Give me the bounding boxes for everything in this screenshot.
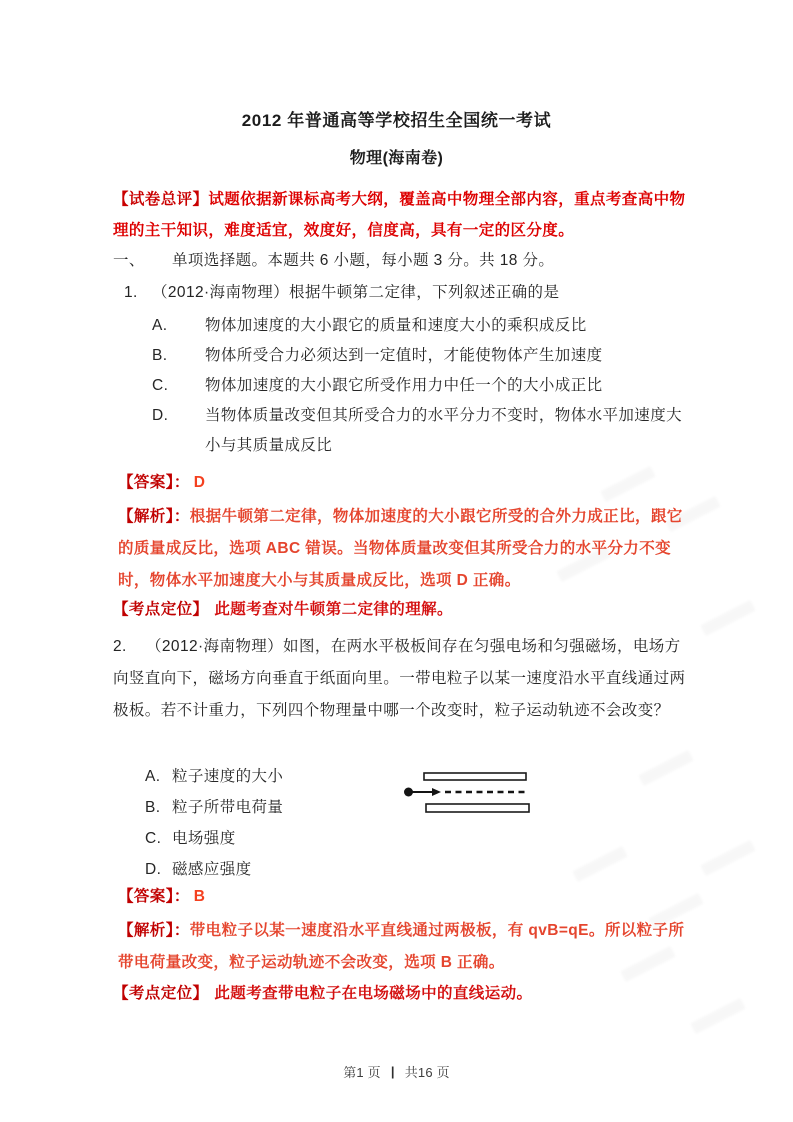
option-label: B. [152,341,205,371]
analysis-text: 带电粒子以某一速度沿水平直线通过两极板，有 qvB=qE。所以粒子所带电荷量改变… [118,922,684,971]
page-subtitle: 物理(海南卷) [0,145,793,168]
question-2-options: A. 粒子速度的大小 B. 粒子所带电荷量 C. 电场强度 D. 磁感应强度 [145,761,405,885]
question-2-analysis: 【解析】：带电粒子以某一速度沿水平直线通过两极板，有 qvB=qE。所以粒子所带… [118,915,688,979]
option-text: 物体所受合力必须达到一定值时，才能使物体产生加速度 [205,341,682,371]
section-number: 一、 [113,248,172,270]
option-label: C. [145,823,172,854]
page-title: 2012 年普通高等学校招生全国统一考试 [0,106,793,131]
option-label: C. [152,371,205,401]
question-1-number: 1. [124,284,152,302]
exam-document-page: 2012 年普通高等学校招生全国统一考试 物理(海南卷) 【试卷总评】试题依据新… [0,0,793,1122]
option-row-b: B. 粒子所带电荷量 [145,792,405,823]
exam-overview: 【试卷总评】试题依据新课标高考大纲，覆盖高中物理全部内容，重点考查高中物理的主干… [113,184,689,246]
question-2-number: 2. [113,631,146,663]
option-row-d: D. 磁感应强度 [145,854,405,885]
option-text: 磁感应强度 [172,854,405,885]
footer-page-number: 第1 页 [343,1062,381,1081]
charged-particle-dot [404,788,413,797]
watermark [600,466,655,502]
watermark [690,998,745,1034]
option-row-b: B. 物体所受合力必须达到一定值时，才能使物体产生加速度 [152,341,682,371]
watermark [572,846,627,882]
option-row-c: C. 物体加速度的大小跟它所受作用力中任一个的大小成正比 [152,371,682,401]
option-row-c: C. 电场强度 [145,823,405,854]
option-label: A. [152,311,205,341]
question-2-keypoint: 【考点定位】此题考查带电粒子在电场磁场中的直线运动。 [113,981,687,1003]
answer-value: B [190,888,206,905]
option-text: 物体加速度的大小跟它所受作用力中任一个的大小成正比 [205,371,682,401]
option-label: B. [145,792,172,823]
option-row-a: A. 物体加速度的大小跟它的质量和速度大小的乘积成反比 [152,311,682,341]
option-text: 物体加速度的大小跟它的质量和速度大小的乘积成反比 [205,311,682,341]
section-heading: 一、单项选择题。本题共 6 小题，每小题 3 分。共 18 分。 [113,248,687,270]
question-2-answer-line: 【答案】：B [118,884,205,906]
question-1-analysis: 【解析】：根据牛顿第二定律，物体加速度的大小跟它所受的合外力成正比，跟它的质量成… [118,501,688,597]
answer-label: 【答案】： [118,888,190,905]
option-text: 电场强度 [172,823,405,854]
keypoint-text: 此题考查带电粒子在电场磁场中的直线运动。 [208,985,532,1002]
option-label: D. [152,401,205,431]
overview-label: 【试卷总评】 [113,191,208,208]
question-2-stem: 2.（2012·海南物理）如图，在两水平极板间存在匀强电场和匀强磁场，电场方向竖… [113,631,689,727]
answer-label: 【答案】： [118,474,190,491]
option-row-a: A. 粒子速度的大小 [145,761,405,792]
bottom-plate [426,804,529,812]
analysis-text: 根据牛顿第二定律，物体加速度的大小跟它所受的合外力成正比，跟它的质量成反比，选项… [118,508,683,589]
option-text: 粒子所带电荷量 [172,792,405,823]
option-row-d: D. 当物体质量改变但其所受合力的水平分力不变时，物体水平加速度大小与其质量成反… [152,401,682,461]
option-label: A. [145,761,172,792]
question-1-text: （2012·海南物理）根据牛顿第二定律，下列叙述正确的是 [152,284,559,301]
question-1-answer-line: 【答案】：D [118,470,205,492]
watermark [638,750,693,786]
watermark [700,840,755,876]
top-plate [424,773,526,780]
question-1-options: A. 物体加速度的大小跟它的质量和速度大小的乘积成反比 B. 物体所受合力必须达… [152,311,682,461]
watermark [700,600,755,636]
analysis-label: 【解析】： [118,922,190,939]
analysis-label: 【解析】： [118,508,190,525]
keypoint-text: 此题考查对牛顿第二定律的理解。 [208,601,453,618]
question-1-stem: 1.（2012·海南物理）根据牛顿第二定律，下列叙述正确的是 [124,280,687,302]
parallel-plates-diagram [403,768,543,818]
option-label: D. [145,854,172,885]
question-1-keypoint: 【考点定位】此题考查对牛顿第二定律的理解。 [113,597,687,619]
answer-value: D [190,474,206,491]
footer-separator: | [391,1064,395,1079]
option-text: 当物体质量改变但其所受合力的水平分力不变时，物体水平加速度大小与其质量成反比 [205,401,682,461]
section-title: 单项选择题。本题共 6 小题，每小题 3 分。共 18 分。 [172,252,554,269]
option-text: 粒子速度的大小 [172,761,405,792]
page-footer: 第1 页 | 共16 页 [0,1062,793,1081]
question-2-text: （2012·海南物理）如图，在两水平极板间存在匀强电场和匀强磁场，电场方向竖直向… [113,638,685,719]
parallel-plates-figure [403,768,543,818]
velocity-arrowhead [432,788,441,796]
keypoint-label: 【考点定位】 [113,601,208,618]
keypoint-label: 【考点定位】 [113,985,208,1002]
footer-total-pages: 共16 页 [405,1062,450,1081]
